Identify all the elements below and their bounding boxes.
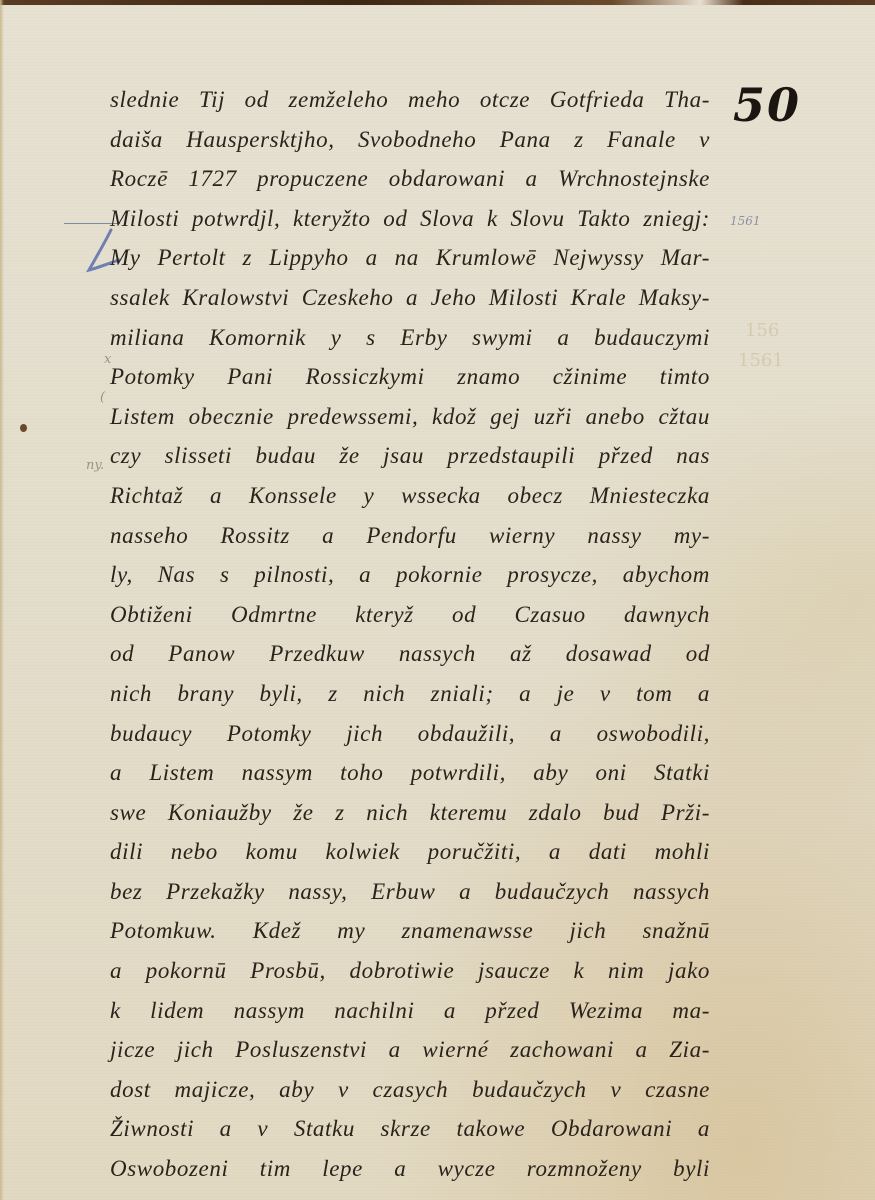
text-line: Žiwnosti a v Statku skrze takowe Obdarow… [110, 1109, 710, 1149]
text-line: dost majicze, aby v czasych budaučzych v… [110, 1070, 710, 1110]
text-line: od Panow Przedkuw nassych až dosawad od [110, 634, 710, 674]
text-line: dili nebo komu kolwiek poručžiti, a dati… [110, 832, 710, 872]
page-gutter-edge [0, 0, 4, 1200]
left-margin-pencil-mark-3: ny. [86, 458, 104, 473]
text-line: a Listem nassym toho potwrdili, aby oni … [110, 753, 710, 793]
text-line: Potomky Pani Rossiczkymi znamo cžinime t… [110, 357, 710, 397]
ink-stain [20, 424, 27, 432]
text-line: ly, Nas s pilnosti, a pokornie prosycze,… [110, 555, 710, 595]
text-line: Milosti potwrdjl, kteryžto od Slova k Sl… [110, 199, 710, 239]
text-line: ssalek Kralowstvi Czeskeho a Jeho Milost… [110, 278, 710, 318]
text-line: Potomkuw. Kdež my znamenawsse jich snažn… [110, 911, 710, 951]
text-line: bez Przekažky nassy, Erbuw a budaučzych … [110, 872, 710, 912]
right-margin-pencil-number: 1561 [730, 214, 761, 228]
text-line: Richtaž a Konssele y wssecka obecz Mnies… [110, 476, 710, 516]
text-line: budaucy Potomky jich obdaužili, a oswobo… [110, 714, 710, 754]
folio-number: 50 [733, 78, 801, 132]
faded-stamp-bottom: 1561 [738, 350, 784, 371]
text-line: nich brany byli, z nich zniali; a je v t… [110, 674, 710, 714]
text-line: k lidem nassym nachilni a přzed Wezima m… [110, 991, 710, 1031]
text-line: slednie Tij od zemželeho meho otcze Gotf… [110, 80, 710, 120]
text-line: a pokornū Prosbū, dobrotiwie jsaucze k n… [110, 951, 710, 991]
text-line: czy slisseti budau že jsau przedstaupili… [110, 436, 710, 476]
manuscript-page: 50 1561 156 1561 x ( ny. slednie Tij od … [0, 0, 875, 1200]
manuscript-text-block: slednie Tij od zemželeho meho otcze Gotf… [110, 80, 710, 1189]
text-line: Roczē 1727 propuczene obdarowani a Wrchn… [110, 159, 710, 199]
text-line: jicze jich Posluszenstvi a wierné zachow… [110, 1030, 710, 1070]
text-line: daiša Hauspersktjho, Svobodneho Pana z F… [110, 120, 710, 160]
text-line: My Pertolt z Lippyho a na Krumlowē Nejwy… [110, 238, 710, 278]
text-line: swe Koniaužby že z nich kteremu zdalo bu… [110, 793, 710, 833]
text-line: nasseho Rossitz a Pendorfu wierny nassy … [110, 516, 710, 556]
text-line: miliana Komornik y s Erby swymi a budauc… [110, 318, 710, 358]
text-line: Oswobozeni tim lepe a wycze rozmnoženy b… [110, 1149, 710, 1189]
text-line: Listem obecznie predewssemi, kdož gej uz… [110, 397, 710, 437]
left-margin-pencil-mark-2: ( [100, 390, 105, 405]
faded-stamp-top: 156 [745, 320, 779, 341]
book-edge-top [0, 0, 875, 5]
text-line: Obtiženi Odmrtne kteryž od Czasuo dawnyc… [110, 595, 710, 635]
